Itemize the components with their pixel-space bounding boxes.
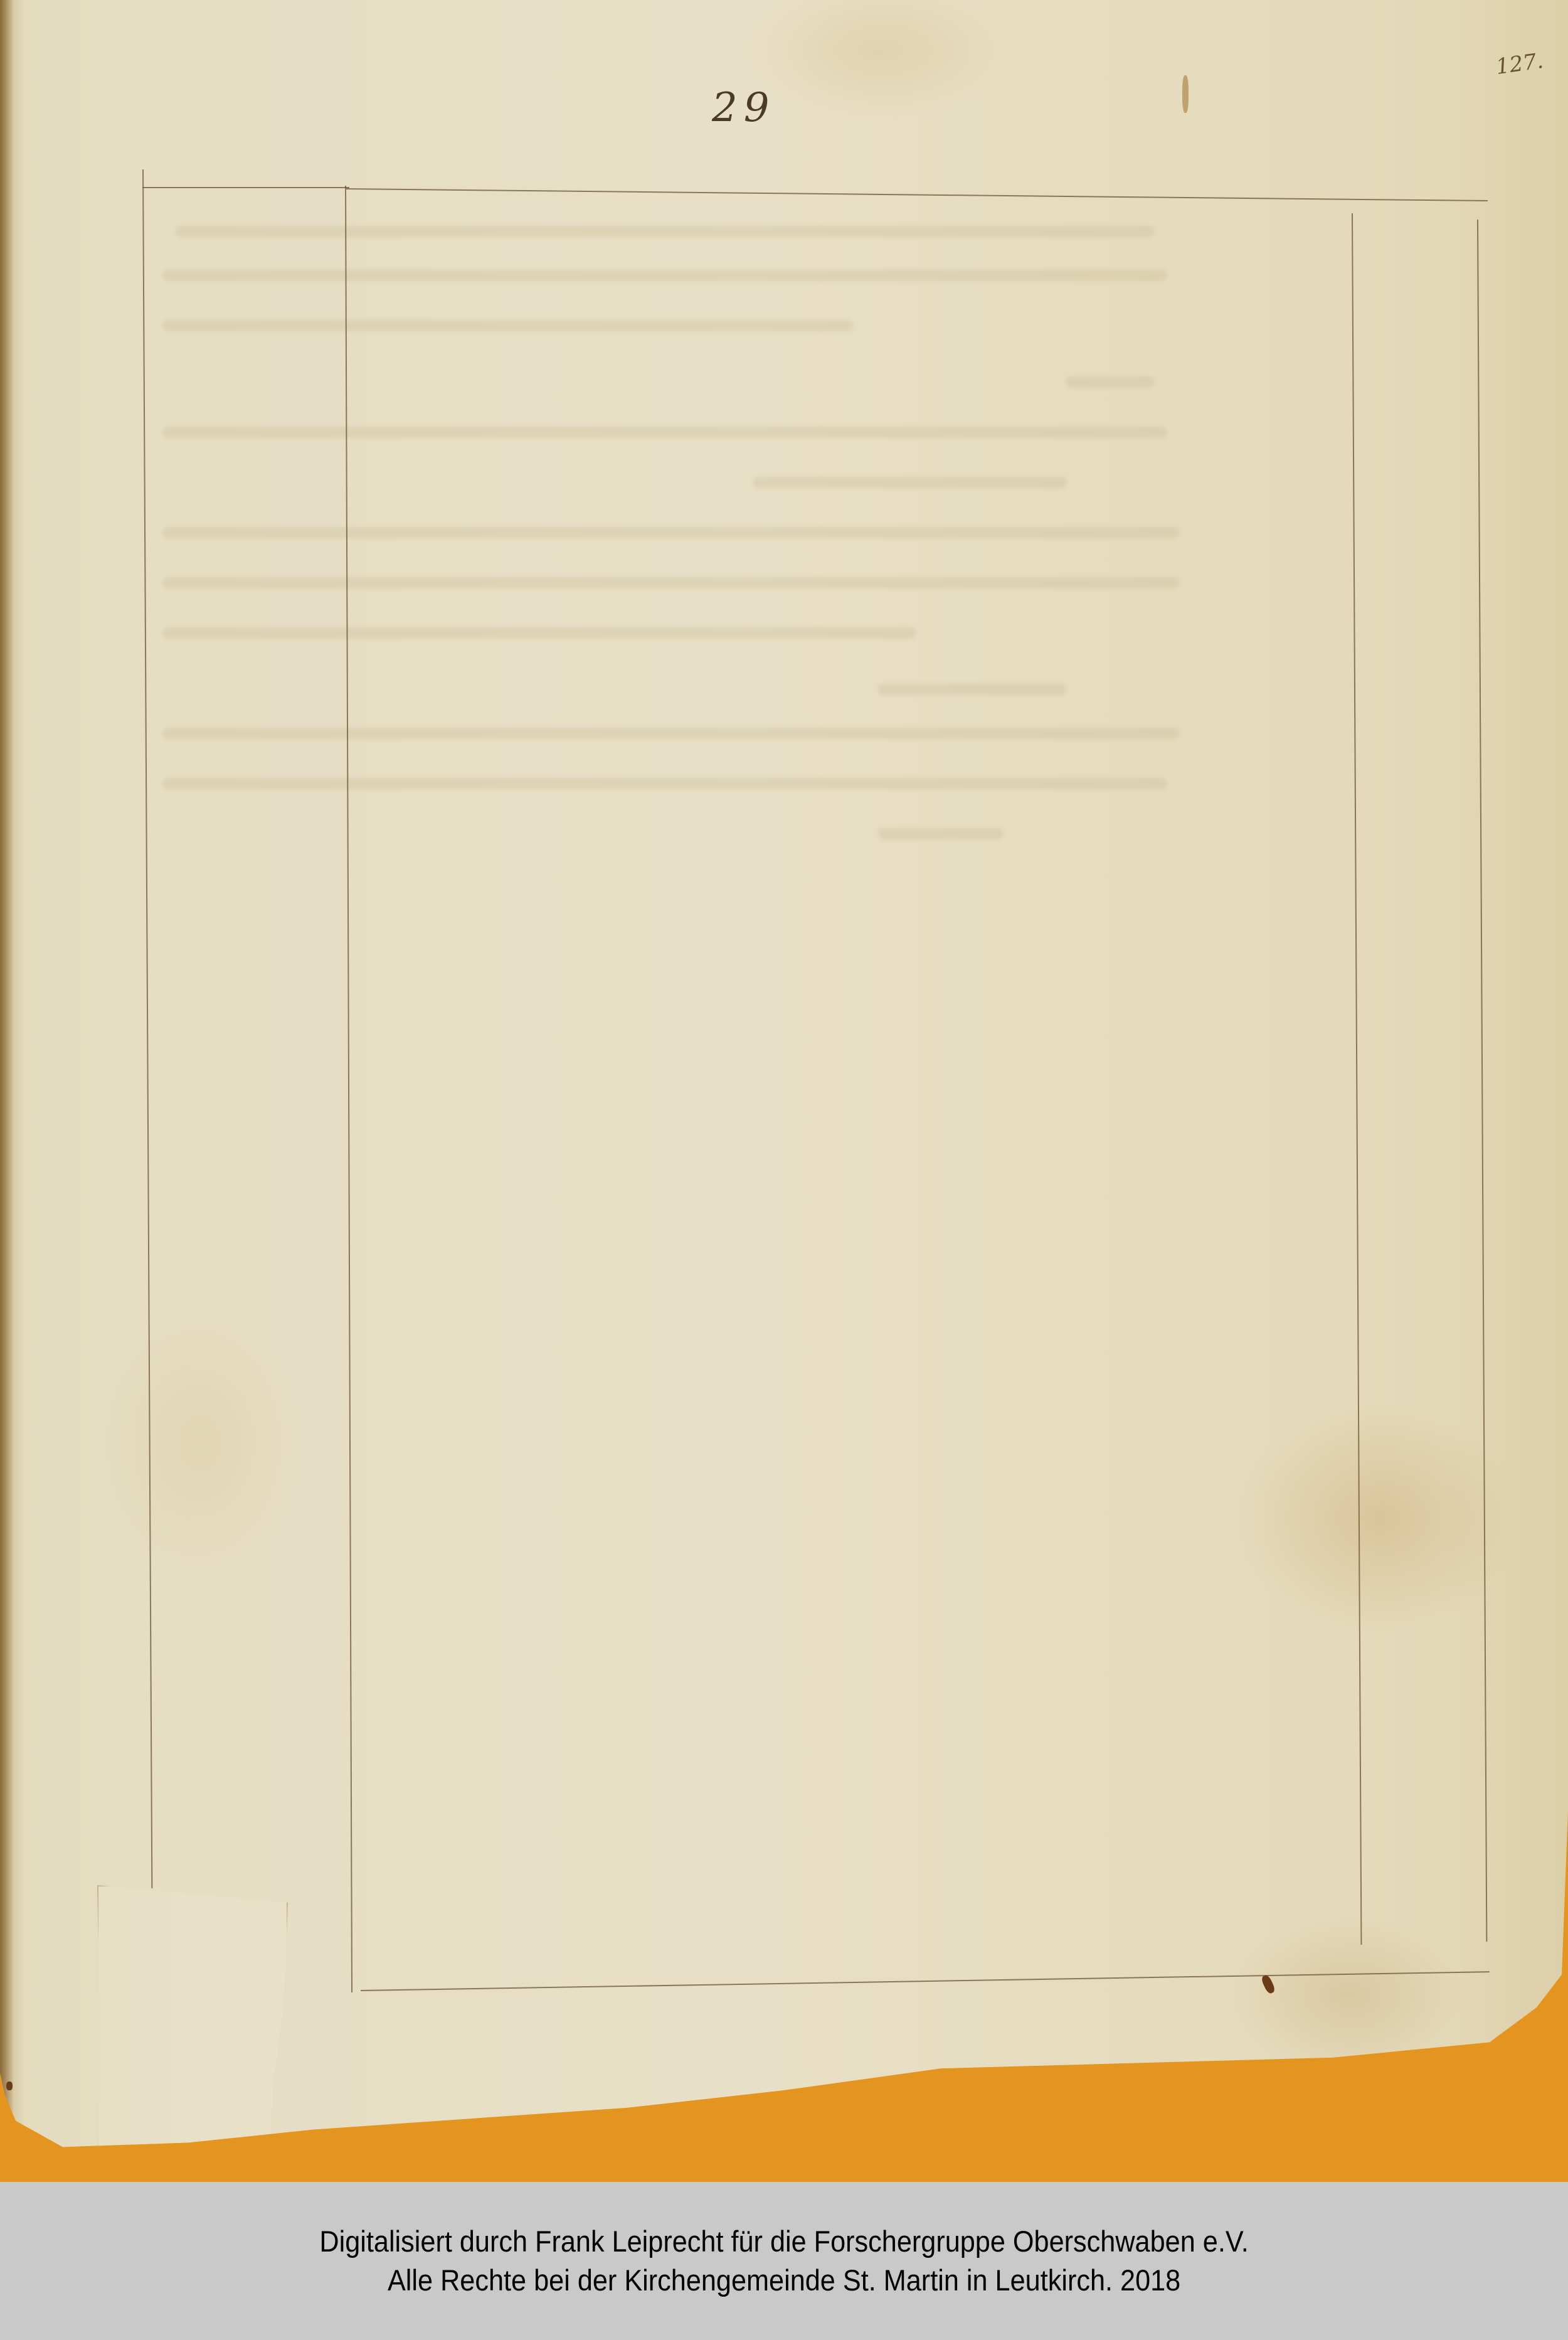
digitization-credit-footer: Digitalisiert durch Frank Leiprecht für … [0, 2182, 1568, 2340]
paper-repair-patch [97, 1885, 288, 2175]
bleed-through-text [163, 778, 1167, 789]
outer-right-margin-rule [1477, 220, 1487, 1942]
bleed-through-text [1066, 376, 1154, 388]
manuscript-page: 29 127. [0, 0, 1568, 2182]
inner-right-rule [1352, 213, 1362, 1945]
ink-stain [1182, 75, 1189, 113]
ink-stain [6, 2082, 13, 2090]
bleed-through-text [163, 527, 1179, 538]
bleed-through-text [163, 728, 1179, 739]
spine-shadow [0, 0, 14, 2182]
bleed-through-text [163, 320, 853, 331]
inner-top-rule [346, 188, 1488, 201]
document-viewer: 29 127. Digitalisiert durch Frank Leipre… [0, 0, 1568, 2340]
ink-stain [1260, 1974, 1276, 1994]
bleed-through-text [878, 828, 1004, 839]
bleed-through-text [163, 577, 1179, 588]
scan-backdrop: 29 127. [0, 0, 1568, 2182]
bleed-through-text [163, 427, 1167, 438]
inner-left-rule [345, 186, 352, 1992]
bleed-through-text [878, 684, 1066, 695]
folio-number: 127. [1495, 48, 1545, 80]
credit-line-2: Alle Rechte bei der Kirchengemeinde St. … [388, 2261, 1180, 2300]
bleed-through-text [176, 226, 1154, 237]
page-number: 29 [712, 85, 775, 131]
bleed-through-text [163, 627, 916, 639]
bleed-through-text [163, 270, 1167, 281]
outer-top-rule [142, 187, 349, 188]
outer-left-margin-rule [142, 169, 152, 1888]
inner-bottom-rule [361, 1971, 1490, 1991]
credit-line-1: Digitalisiert durch Frank Leiprecht für … [319, 2222, 1248, 2261]
bleed-through-text [753, 477, 1066, 488]
